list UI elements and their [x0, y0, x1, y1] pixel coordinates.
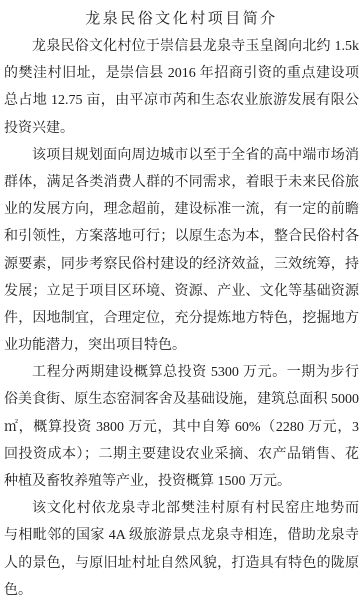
paragraph-location: 该文化村依龙泉寺北部樊洼村原有村民窑庄地势而建， 与相毗邻的国家 4A 级旅游景… — [4, 495, 359, 600]
text-line: 业的发展方向，理念超前，建设标准一流，有一定的前瞻性 — [4, 196, 359, 223]
text-line: 和引领性，方案落地可行；以原生态为本，整合民俗村各资 — [4, 223, 359, 250]
paragraph-investment: 工程分两期建设概算总投资 5300 万元。一期为步行民 俗美食街、原生态窑洞客舍… — [4, 359, 359, 495]
text-line: 俗美食街、原生态窑洞客舍及基础设施，建筑总面积 5000 — [4, 386, 359, 413]
text-line: 人的景色，与原旧址村址自然风貌，打造具有特色的陇原景 — [4, 550, 359, 577]
text-line: 该项目规划面向周边城市以至于全省的高中端市场消费 — [4, 142, 359, 169]
text-line: 种植及畜牧养殖等产业，投资概算 1500 万元。 — [4, 468, 359, 495]
text-line: ㎡，概算投资 3800 万元，其中自筹 60%（2280 万元，3 年收 — [4, 414, 359, 441]
text-line: 工程分两期建设概算总投资 5300 万元。一期为步行民 — [4, 359, 359, 386]
text-line: 群体，满足各类消费人群的不同需求，着眼于未来民俗旅游 — [4, 169, 359, 196]
text-line: 与相毗邻的国家 4A 级旅游景点龙泉寺相连，借助龙泉寺宜 — [4, 522, 359, 549]
text-line: 色。 — [4, 577, 359, 600]
document-page: 龙泉民俗文化村项目简介 龙泉民俗文化村位于崇信县龙泉寺玉皇阁向北约 1.5km … — [0, 0, 363, 600]
text-line: 龙泉民俗文化村位于崇信县龙泉寺玉皇阁向北约 1.5km 处 — [4, 33, 359, 60]
paragraph-intro: 龙泉民俗文化村位于崇信县龙泉寺玉皇阁向北约 1.5km 处 的樊洼村旧址，是崇信… — [4, 33, 359, 142]
text-line: 该文化村依龙泉寺北部樊洼村原有村民窑庄地势而建， — [4, 495, 359, 522]
text-line: 投资兴建。 — [4, 115, 359, 142]
text-line: 源要素，同步考察民俗村建设的经济效益，三效统筹，持续 — [4, 251, 359, 278]
page-title: 龙泉民俗文化村项目简介 — [4, 6, 359, 33]
text-line: 发展；立足于项目区环境、资源、产业、文化等基础资源条 — [4, 278, 359, 305]
text-line: 的樊洼村旧址，是崇信县 2016 年招商引资的重点建设项目。 — [4, 60, 359, 87]
text-line: 回投资成本）；二期主要建设农业采摘、农产品销售、花卉 — [4, 441, 359, 468]
paragraph-planning: 该项目规划面向周边城市以至于全省的高中端市场消费 群体，满足各类消费人群的不同需… — [4, 142, 359, 360]
text-line: 件，因地制宜，合理定位，充分提炼地方特色，挖掘地方农 — [4, 305, 359, 332]
text-line: 业功能潜力，突出项目特色。 — [4, 332, 359, 359]
text-line: 总占地 12.75 亩，由平凉市芮和生态农业旅游发展有限公司 — [4, 87, 359, 114]
